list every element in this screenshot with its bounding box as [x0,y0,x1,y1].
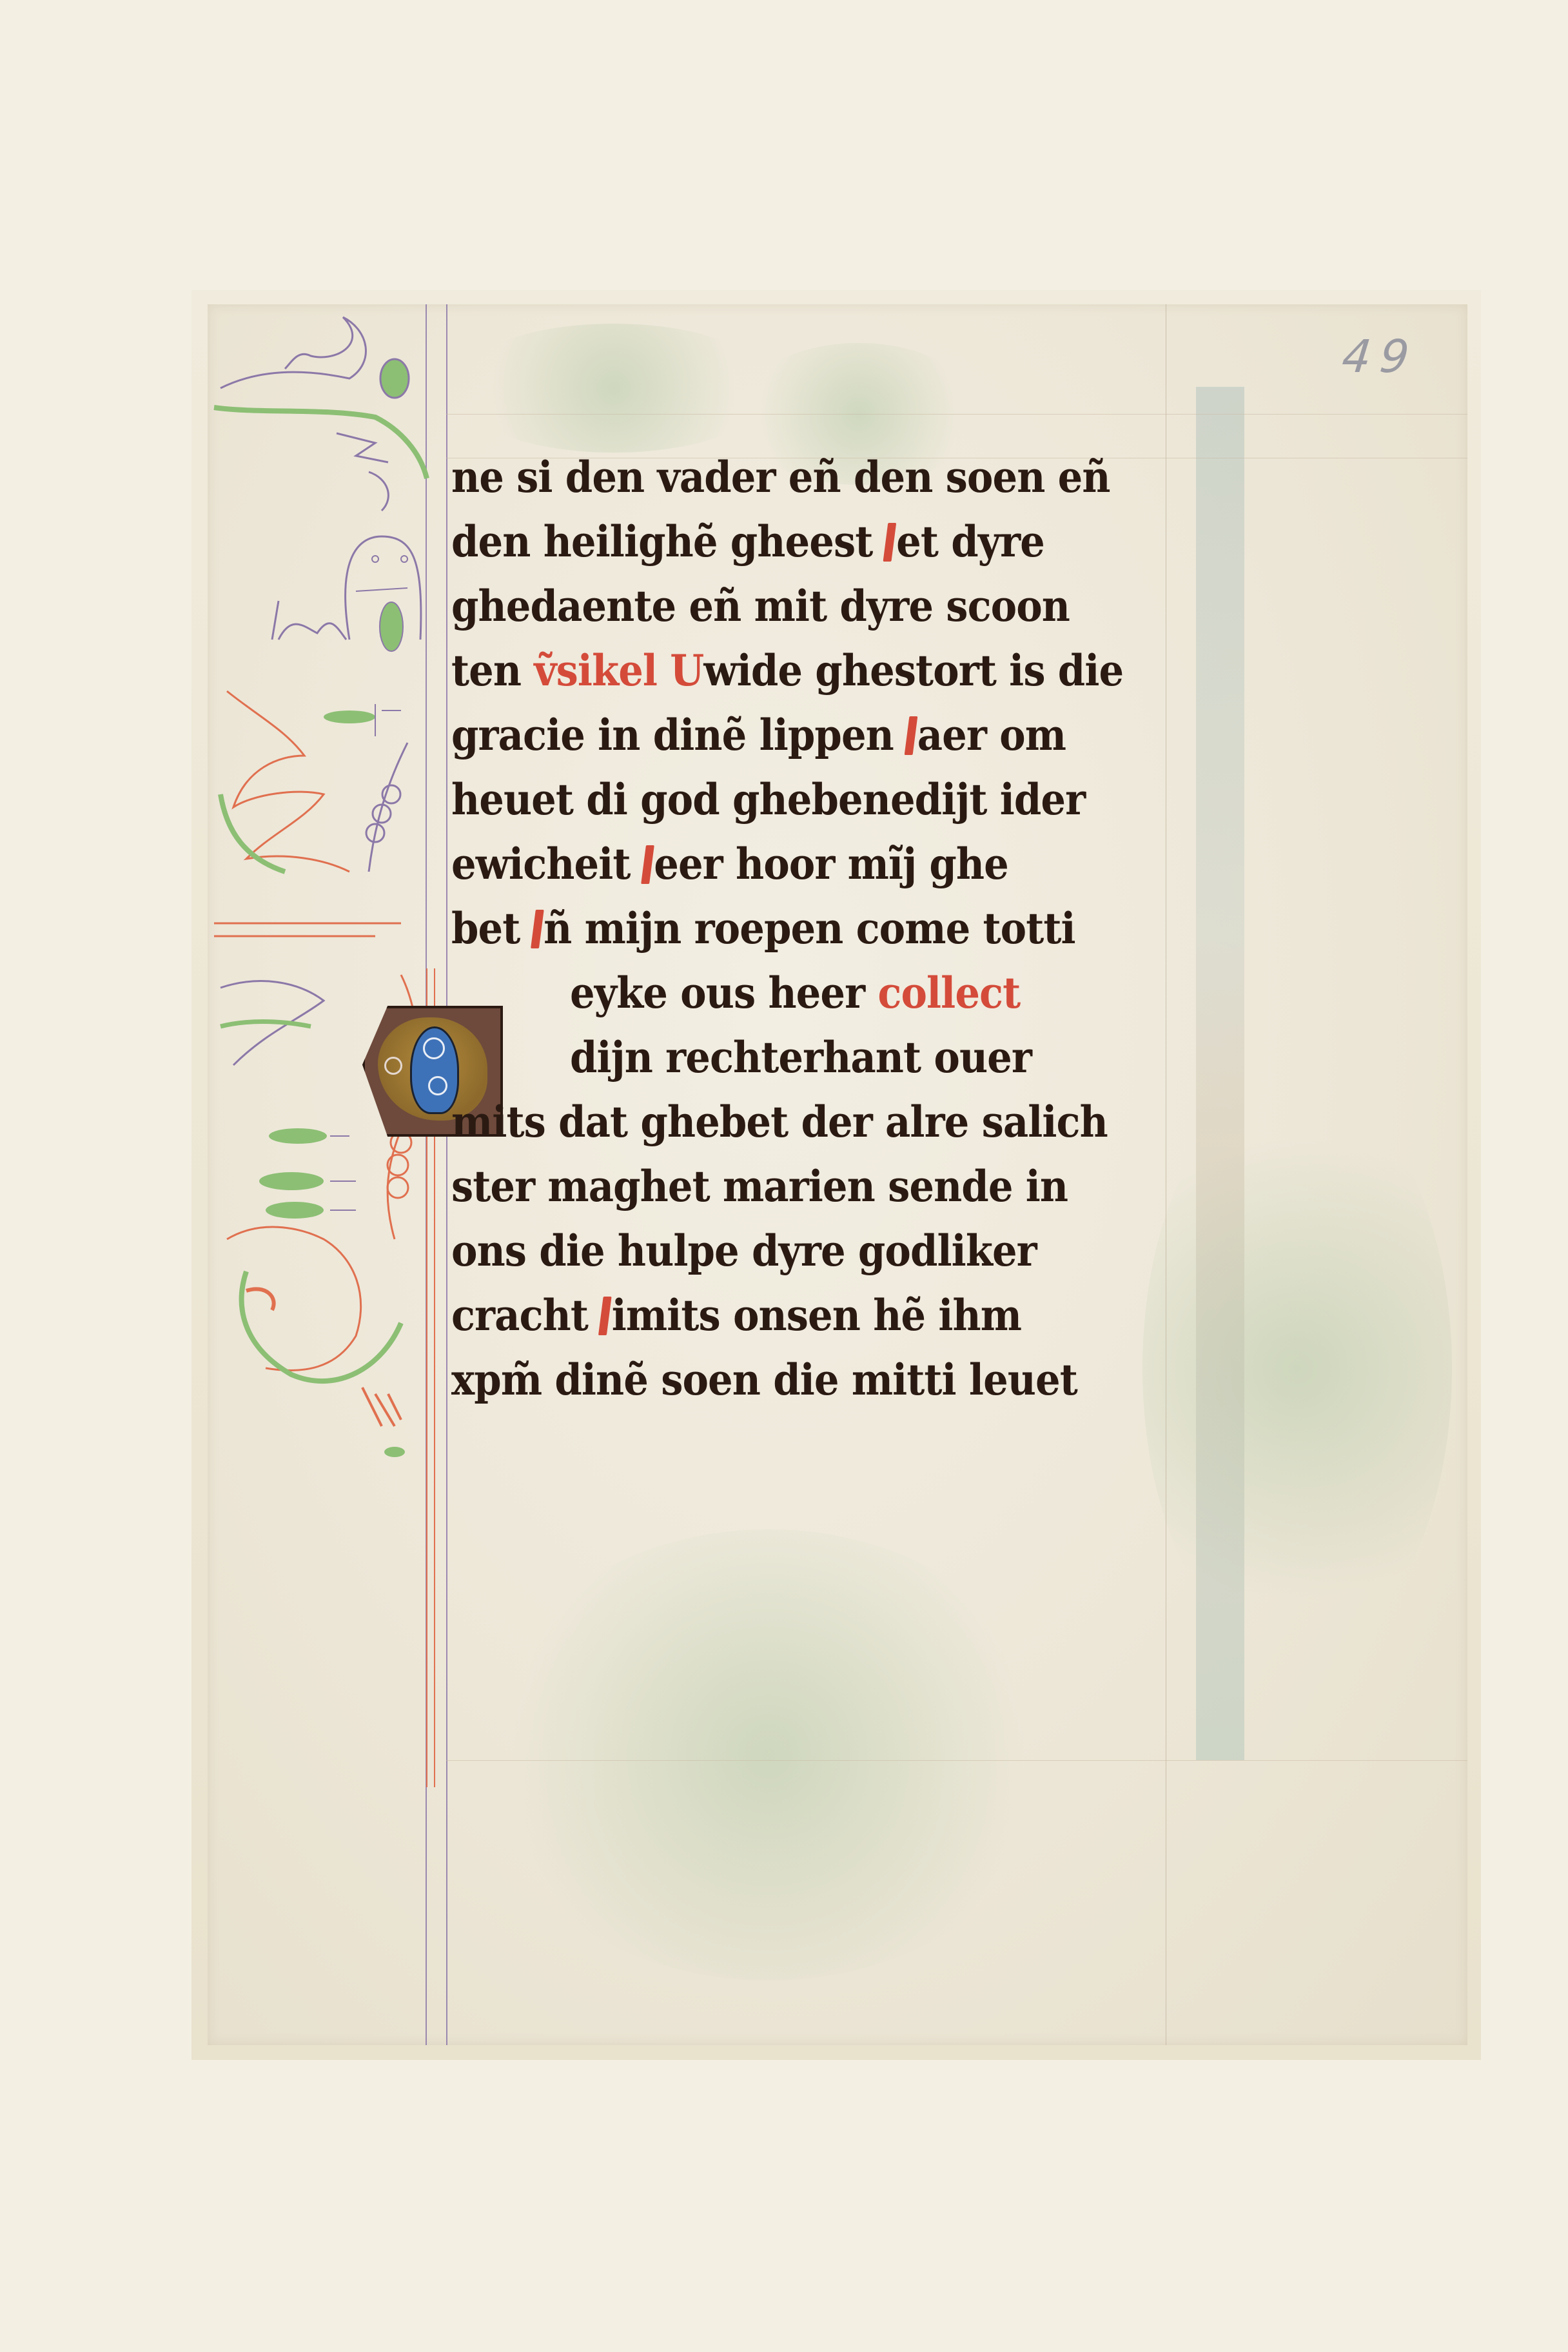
text-line: xpm̃ dinẽ soen die mitti leuet [451,1347,1306,1412]
folio-number: 49 [1340,330,1421,383]
rubric-versicle: ṽsikel [534,645,657,696]
text-line: den heilighẽ gheest et dyre [451,509,1306,574]
violet-acanthus-icon [220,317,366,388]
text-line: gracie in dinẽ lippen aer om [451,703,1306,767]
text-line: bet ñ mijn roepen come totti [451,896,1306,961]
spiral-icon [428,1076,447,1095]
text-line: ten ṽsikel Uwide ghestort is die [451,638,1306,703]
manuscript-leaf: 49 [208,304,1467,2045]
text-line: eyke ous heer collect [451,961,1306,1025]
green-drop-leaf-icon [269,1128,327,1144]
green-drop-leaf-icon [380,602,403,651]
ruling-line [446,414,1467,415]
rubric-collect: collect [877,968,1020,1018]
text-block: ne si den vader eñ den soen eñ den hei… [451,445,1380,1412]
text-line: heuet di god ghebenedijt ider [451,767,1306,832]
show-through-blot [478,1529,1059,1981]
green-drop-leaf-icon [266,1202,324,1219]
green-drop-leaf-icon [324,710,375,723]
text-line: ghedaente eñ mit dyre scoon [451,574,1306,638]
green-drop-leaf-icon [259,1172,324,1190]
text-line: cracht imits onsen hẽ ihm [451,1283,1306,1347]
green-drop-leaf-icon [380,359,409,398]
red-acanthus-icon [227,1227,361,1370]
text-line: mits dat ghebet der alre salich [451,1090,1306,1154]
text-line: ster maghet marien sende in [451,1154,1306,1219]
spiral-icon [423,1037,445,1059]
show-through-blot [453,324,775,453]
text-line: dijn rechterhant ouer [451,1025,1306,1090]
text-line: ons die hulpe dyre godliker [451,1219,1306,1283]
ruling-line [446,1760,1467,1761]
text-line: ewicheit eer hoor mĩj ghe [451,832,1306,896]
spiral-icon [384,1057,402,1075]
text-line: ne si den vader eñ den soen eñ [451,445,1306,509]
